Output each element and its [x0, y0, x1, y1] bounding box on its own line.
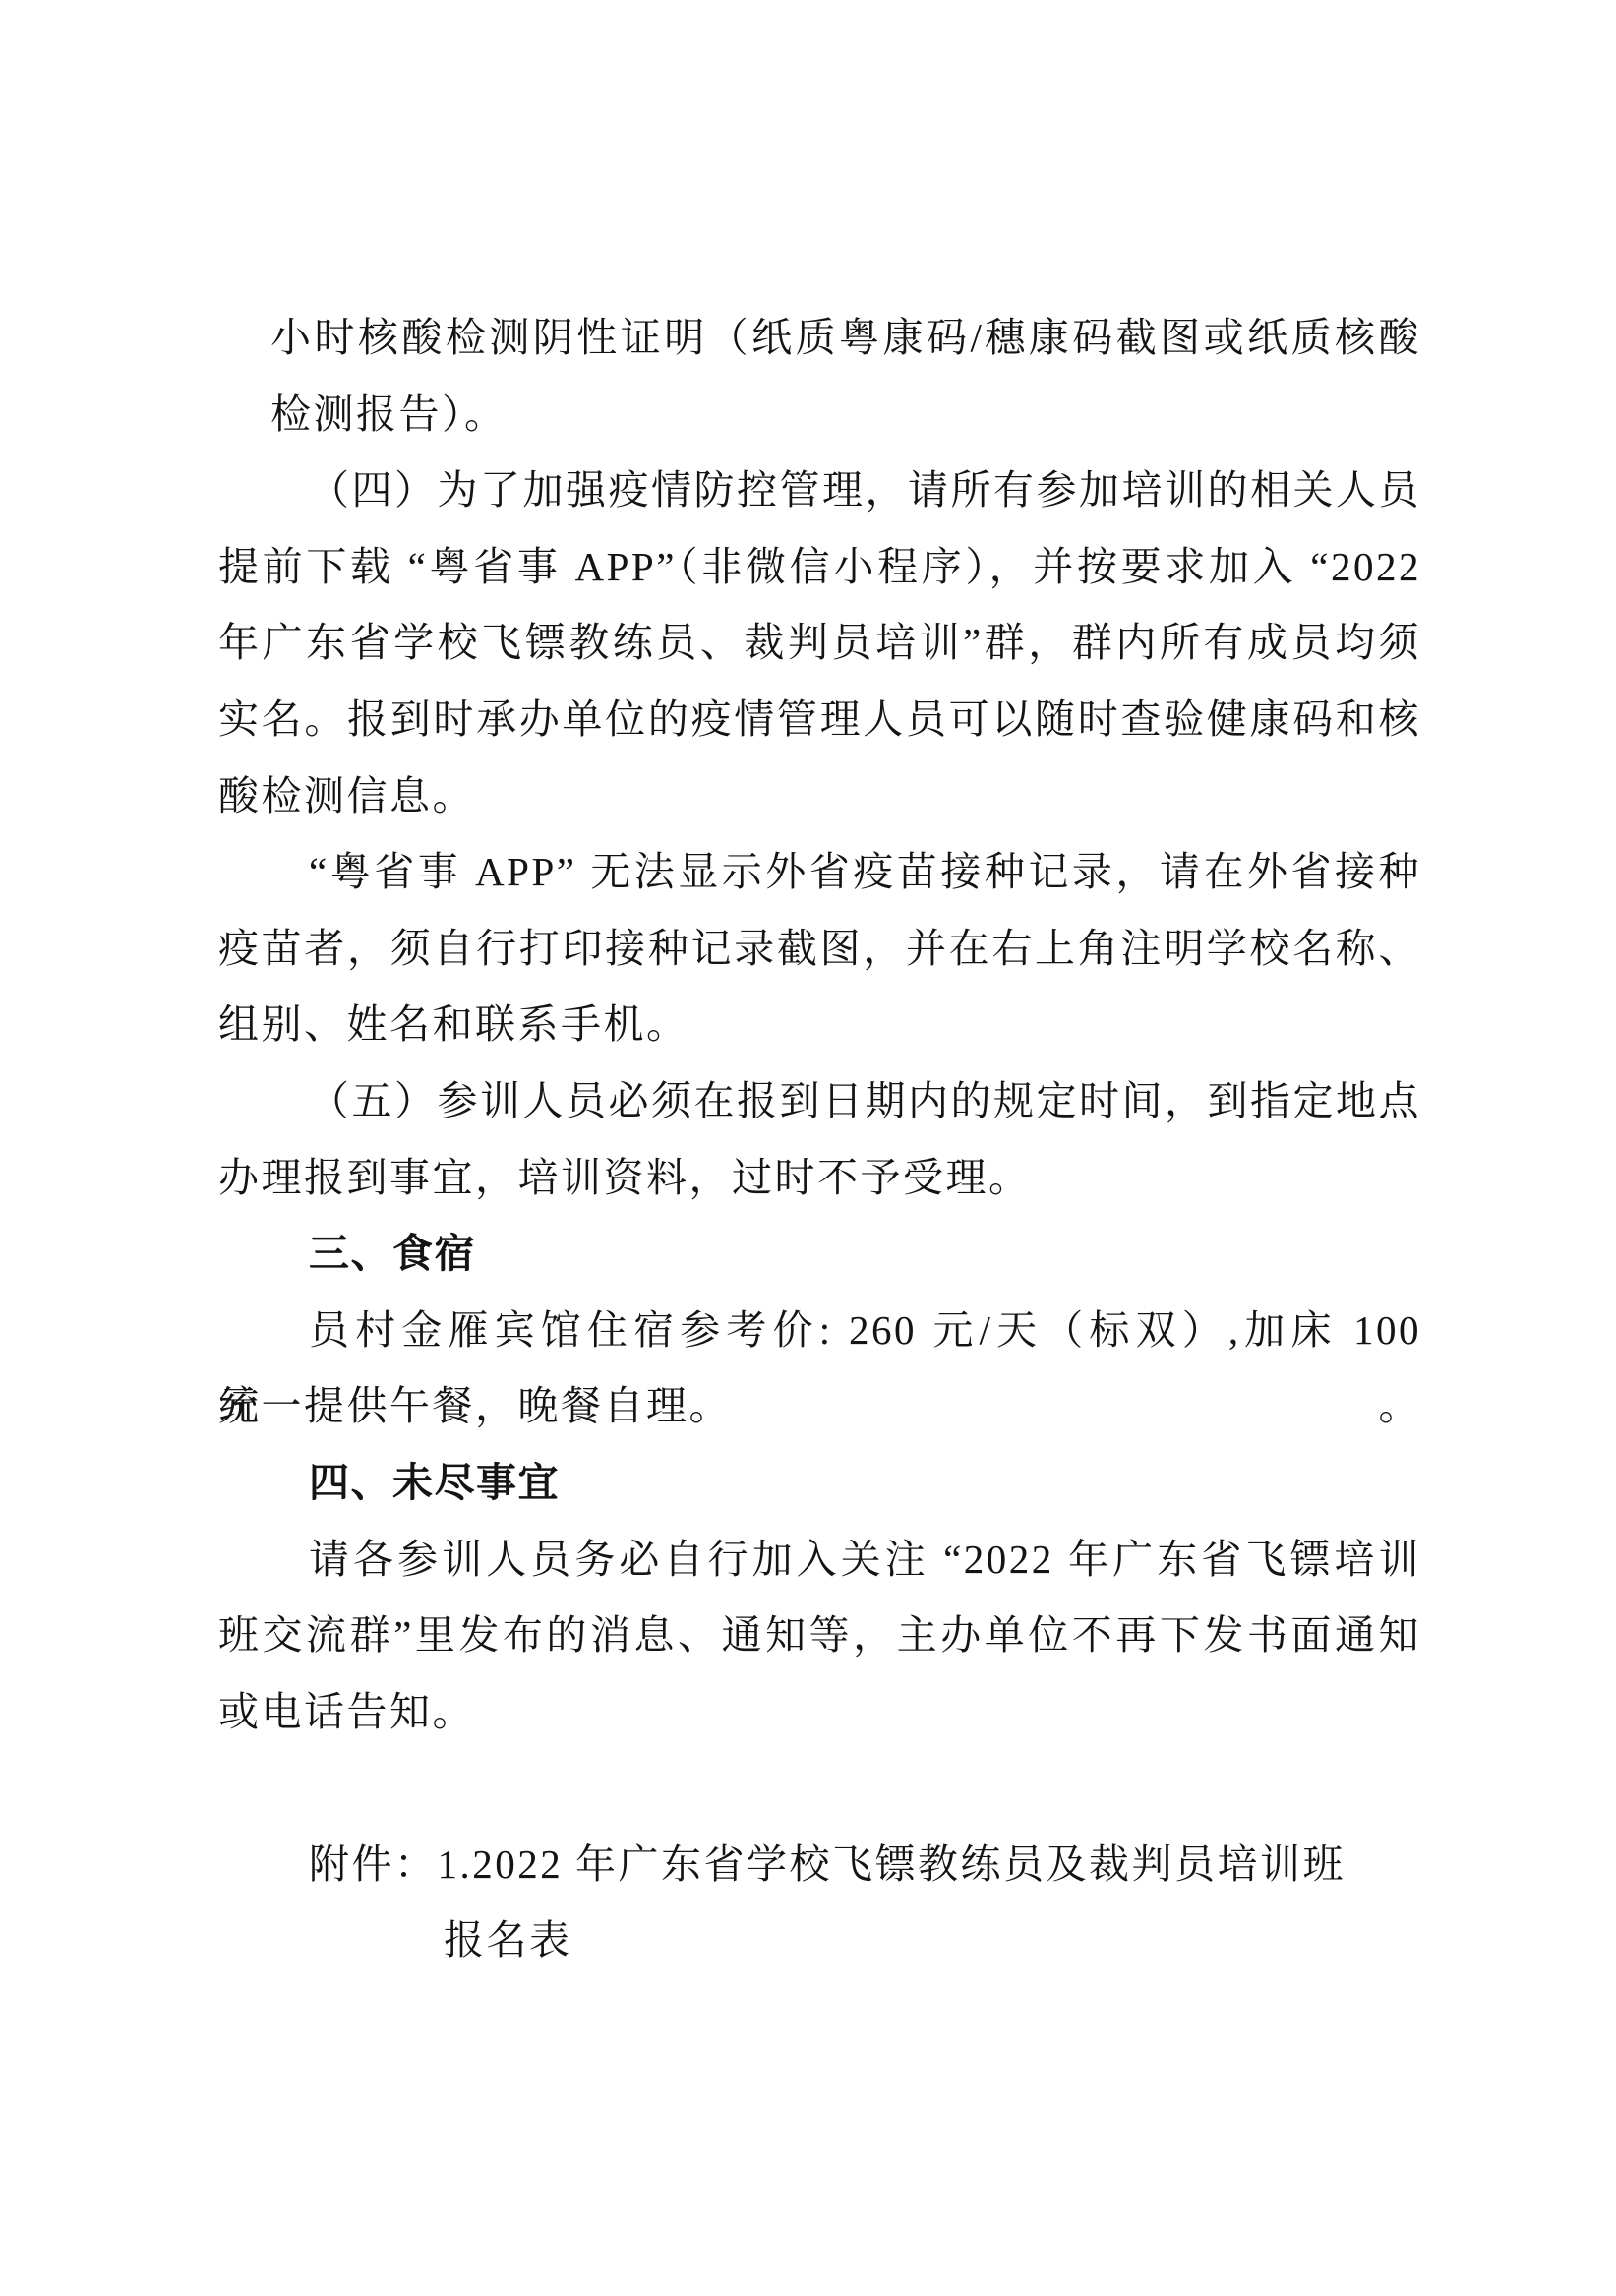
- attachment-label-line: 附件：1.2022 年广东省学校飞镖教练员及裁判员培训班: [218, 1827, 1421, 1903]
- text-line-continuation-1: 小时核酸检测阴性证明（纸质粤康码/穗康码截图或纸质核酸: [218, 300, 1421, 377]
- text-line-item-5-start: （五）参训人员必须在报到日期内的规定时间，到指定地点: [218, 1063, 1421, 1140]
- section-heading-4: 四、未尽事宜: [218, 1445, 1421, 1522]
- text-line: 疫苗者，须自行打印接种记录截图，并在右上角注明学校名称、: [218, 911, 1421, 988]
- text-line: 组别、姓名和联系手机。: [218, 987, 1421, 1063]
- text-line: 办理报到事宜，培训资料，过时不予受理。: [218, 1140, 1421, 1217]
- text-line: 或电话告知。: [218, 1674, 1421, 1751]
- text-line: 年广东省学校飞镖教练员、裁判员培训”群，群内所有成员均须: [218, 605, 1421, 682]
- document-page: 小时核酸检测阴性证明（纸质粤康码/穗康码截图或纸质核酸 检测报告）。 （四）为了…: [0, 0, 1616, 2296]
- text-line-paragraph-start: “粤省事 APP” 无法显示外省疫苗接种记录，请在外省接种: [218, 834, 1421, 911]
- text-line-paragraph-start: 请各参训人员务必自行加入关注 “2022 年广东省飞镖培训: [218, 1522, 1421, 1599]
- attachment-title-line: 报名表: [218, 1903, 1421, 1979]
- text-line-item-4-start: （四）为了加强疫情防控管理，请所有参加培训的相关人员: [218, 453, 1421, 529]
- text-line-paragraph-start: 员村金雁宾馆住宿参考价: 260 元/天（标双）,加床 100 元。: [218, 1293, 1421, 1369]
- section-heading-3: 三、食宿: [218, 1216, 1421, 1293]
- text-line: 提前下载 “粤省事 APP”（非微信小程序），并按要求加入 “2022: [218, 529, 1421, 606]
- text-line-continuation-2: 检测报告）。: [218, 377, 1421, 453]
- text-line: 酸检测信息。: [218, 758, 1421, 835]
- text-line: 班交流群”里发布的消息、通知等，主办单位不再下发书面通知: [218, 1598, 1421, 1674]
- text-line: 实名。报到时承办单位的疫情管理人员可以随时查验健康码和核: [218, 682, 1421, 758]
- document-text-block: 小时核酸检测阴性证明（纸质粤康码/穗康码截图或纸质核酸 检测报告）。 （四）为了…: [218, 300, 1421, 1979]
